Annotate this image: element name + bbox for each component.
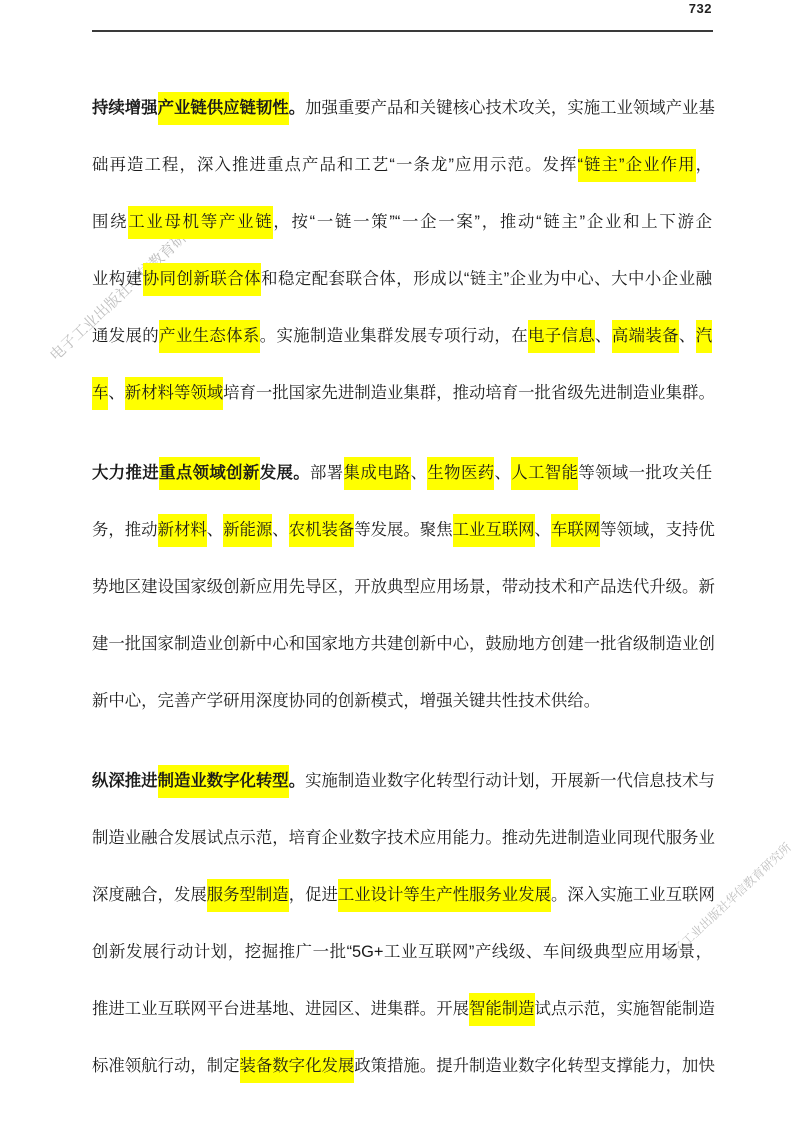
text-segment: 政策措施。提升制造业数字化转型支撑能力，加快 [354, 1057, 715, 1075]
text-line: 创新发展行动计划，挖掘推广一批“5G+工业互联网”产线级、车间级典型应用场景， [92, 924, 712, 981]
document-body: 持续增强产业链供应链韧性。加强重要产品和关键核心技术攻关，实施工业领域产业基础再… [92, 80, 712, 1118]
paragraph-3: 纵深推进制造业数字化转型。实施制造业数字化转型行动计划，开展新一代信息技术与制造… [92, 753, 712, 1095]
text-line: 推进工业互联网平台进基地、进园区、进集群。开展智能制造试点示范，实施智能制造 [92, 981, 712, 1038]
text-line: 通发展的产业生态体系。实施制造业集群发展专项行动，在电子信息、高端装备、汽 [92, 308, 712, 365]
highlighted-text: 集成电路 [344, 457, 411, 490]
text-segment: 、 [411, 464, 428, 482]
text-segment: 创新发展行动计划，挖掘推广一批“5G+工业互联网”产线级、车间级典型应用场景， [92, 943, 712, 961]
text-segment: 。 [289, 99, 305, 117]
text-segment: 制造业融合发展试点示范，培育企业数字技术应用能力。推动先进制造业同现代服务业 [92, 829, 715, 847]
highlighted-text: 工业设计等生产性服务业发展 [338, 879, 551, 912]
header-rule [92, 30, 713, 32]
highlighted-text: 智能制造 [469, 993, 535, 1026]
text-line: 深度融合，发展服务型制造，促进工业设计等生产性服务业发展。深入实施工业互联网 [92, 867, 712, 924]
text-segment: 培育一批国家先进制造业集群，推动培育一批省级先进制造业集群。 [223, 384, 715, 402]
highlighted-text: 新能源 [223, 514, 272, 547]
text-segment: 和稳定配套联合体，形成以“链主”企业为中心、大中小企业融 [261, 270, 712, 288]
text-line: 持续增强产业链供应链韧性。加强重要产品和关键核心技术攻关，实施工业领域产业基 [92, 80, 712, 137]
document-page: 732 电子工业出版社华信教育研究所 电子工业出版社华信教育研究所 持续增强产业… [0, 0, 793, 1122]
highlighted-text: 生物医药 [427, 457, 494, 490]
text-segment: 、 [108, 384, 124, 402]
text-line: 业构建协同创新联合体和稳定配套联合体，形成以“链主”企业为中心、大中小企业融 [92, 251, 712, 308]
text-line: 制造业融合发展试点示范，培育企业数字技术应用能力。推动先进制造业同现代服务业 [92, 810, 712, 867]
text-segment: 业构建 [92, 270, 143, 288]
highlighted-text: 高端装备 [612, 320, 679, 353]
text-segment: 等领域一批攻关任 [578, 464, 712, 482]
text-segment: 持续增强 [92, 99, 158, 117]
text-segment: 新中心，完善产学研用深度协同的创新模式，增强关键共性技术供给。 [92, 692, 600, 710]
highlighted-text: 产业链供应链韧性 [158, 92, 289, 125]
text-segment: ，按“一链一策”“一企一案”，推动“链主”企业和上下游企 [273, 213, 712, 231]
text-segment: 。深入实施工业互联网 [551, 886, 715, 904]
highlighted-text: 协同创新联合体 [143, 263, 261, 296]
highlighted-text: “链主”企业作用 [578, 149, 696, 182]
text-line: 务，推动新材料、新能源、农机装备等发展。聚焦工业互联网、车联网等领域，支持优 [92, 502, 712, 559]
paragraph-2: 大力推进重点领域创新发展。部署集成电路、生物医药、人工智能等领域一批攻关任务，推… [92, 445, 712, 730]
text-segment: 围绕 [92, 213, 128, 231]
paragraph-1: 持续增强产业链供应链韧性。加强重要产品和关键核心技术攻关，实施工业领域产业基础再… [92, 80, 712, 422]
text-segment: 等发展。聚焦 [354, 521, 452, 539]
highlighted-text: 产业生态体系 [159, 320, 260, 353]
text-line: 势地区建设国家级创新应用先导区，开放典型应用场景，带动技术和产品迭代升级。新 [92, 559, 712, 616]
text-segment: 实施制造业数字化转型行动计划，开展新一代信息技术与 [305, 772, 715, 790]
text-segment: 势地区建设国家级创新应用先导区，开放典型应用场景，带动技术和产品迭代升级。新 [92, 578, 715, 596]
highlighted-text: 农机装备 [289, 514, 355, 547]
highlighted-text: 车 [92, 377, 108, 410]
highlighted-text: 工业母机等产业链 [128, 206, 273, 239]
text-segment: 试点示范，实施智能制造 [535, 1000, 715, 1018]
text-segment: 加强重要产品和关键核心技术攻关，实施工业领域产业基 [305, 99, 715, 117]
text-segment: ，促进 [289, 886, 338, 904]
text-line: 础再造工程，深入推进重点产品和工艺“一条龙”应用示范。发挥“链主”企业作用， [92, 137, 712, 194]
text-line: 标准领航行动，制定装备数字化发展政策措施。提升制造业数字化转型支撑能力，加快 [92, 1038, 712, 1095]
text-segment: 务，推动 [92, 521, 158, 539]
highlighted-text: 电子信息 [528, 320, 595, 353]
text-segment: 等领域，支持优 [600, 521, 715, 539]
highlighted-text: 汽 [696, 320, 712, 353]
text-line: 纵深推进制造业数字化转型。实施制造业数字化转型行动计划，开展新一代信息技术与 [92, 753, 712, 810]
text-segment: 础再造工程，深入推进重点产品和工艺“一条龙”应用示范。发挥 [92, 156, 578, 174]
text-line: 新中心，完善产学研用深度协同的创新模式，增强关键共性技术供给。 [92, 673, 712, 730]
text-segment: 、 [494, 464, 511, 482]
highlighted-text: 人工智能 [511, 457, 578, 490]
text-segment: 、 [595, 327, 612, 345]
text-segment: 部署 [310, 464, 344, 482]
text-segment: 深度融合，发展 [92, 886, 207, 904]
highlighted-text: 新材料等领域 [125, 377, 223, 410]
text-segment: 推进工业互联网平台进基地、进园区、进集群。开展 [92, 1000, 469, 1018]
text-segment: ， [696, 156, 712, 174]
text-segment: 发展。 [260, 464, 310, 482]
text-line: 建一批国家制造业创新中心和国家地方共建创新中心，鼓励地方创建一批省级制造业创 [92, 616, 712, 673]
text-line: 车、新材料等领域培育一批国家先进制造业集群，推动培育一批省级先进制造业集群。 [92, 365, 712, 422]
text-segment: 、 [207, 521, 223, 539]
highlighted-text: 工业互联网 [453, 514, 535, 547]
text-segment: 大力推进 [92, 464, 159, 482]
text-segment: 纵深推进 [92, 772, 158, 790]
text-line: 大力推进重点领域创新发展。部署集成电路、生物医药、人工智能等领域一批攻关任 [92, 445, 712, 502]
text-segment: 。实施制造业集群发展专项行动，在 [260, 327, 528, 345]
highlighted-text: 新材料 [158, 514, 207, 547]
text-segment: 标准领航行动，制定 [92, 1057, 240, 1075]
page-number: 732 [92, 1, 712, 16]
text-segment: 、 [679, 327, 696, 345]
text-segment: 。 [289, 772, 305, 790]
text-line: 围绕工业母机等产业链，按“一链一策”“一企一案”，推动“链主”企业和上下游企 [92, 194, 712, 251]
text-segment: 、 [272, 521, 288, 539]
highlighted-text: 服务型制造 [207, 879, 289, 912]
highlighted-text: 装备数字化发展 [240, 1050, 355, 1083]
text-segment: 、 [535, 521, 551, 539]
highlighted-text: 车联网 [551, 514, 600, 547]
text-segment: 通发展的 [92, 327, 159, 345]
highlighted-text: 重点领域创新 [159, 457, 260, 490]
text-segment: 建一批国家制造业创新中心和国家地方共建创新中心，鼓励地方创建一批省级制造业创 [92, 635, 715, 653]
highlighted-text: 制造业数字化转型 [158, 765, 289, 798]
